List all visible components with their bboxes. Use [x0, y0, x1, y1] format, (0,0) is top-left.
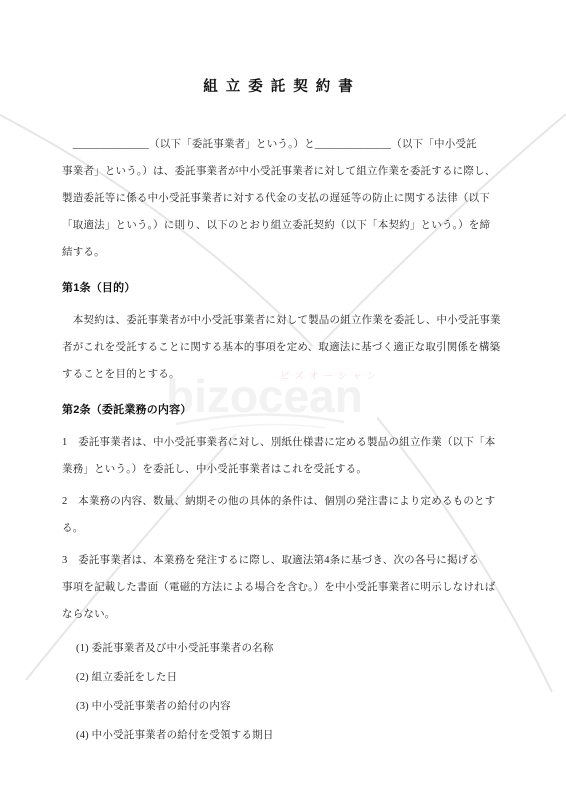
item-list: (1) 委託事業者及び中小受託事業者の名称(2) 組立委託をした日(3) 中小受… — [62, 634, 502, 750]
doc-line: 結する。 — [62, 239, 502, 266]
document-body: ______________（以下「委託事業者」という。）と__________… — [62, 131, 502, 750]
list-item-line: (3) 中小受託事業者の給付の内容 — [76, 692, 502, 721]
paragraph: 本契約は、委託事業者が中小受託事業者に対して製品の組立作業を委託し、中小受託事業… — [62, 307, 502, 388]
doc-line: ならない。 — [62, 601, 502, 628]
article-heading: 第2条（委託業務の内容） — [62, 397, 502, 424]
doc-line: することを目的とする。 — [62, 361, 502, 388]
doc-line: 3 委託事業者は、本業務を発注するに際し、取適法第4条に基づき、次の各号に掲げる — [62, 547, 502, 574]
doc-line: 事業者」という。）は、委託事業者が中小受託事業者に対して組立作業を委託するに際し… — [62, 158, 502, 185]
doc-line: 1 委託事業者は、中小受託事業者に対し、別紙仕様書に定める製品の組立作業（以下「… — [62, 429, 502, 456]
doc-line: 事項を記載した書面（電磁的方法による場合を含む。）を中小受託事業者に明示しなけれ… — [62, 574, 502, 601]
doc-line: 業務」という。）を委託し、中小受託事業者はこれを受託する。 — [62, 456, 502, 483]
paragraph: 2 本業務の内容、数量、納期その他の具体的条件は、個別の発注書により定めるものと… — [62, 488, 502, 542]
doc-line: 「取適法」という。）に則り、以下のとおり組立委託契約（以下「本契約」という。）を… — [62, 212, 502, 239]
paragraph: 1 委託事業者は、中小受託事業者に対し、別紙仕様書に定める製品の組立作業（以下「… — [62, 429, 502, 483]
document-content: 組立委託契約書 ______________（以下「委託事業者」という。）と__… — [0, 0, 566, 750]
document-page: ビズオーシャン bizocean 組立委託契約書 ______________（… — [0, 0, 566, 800]
article-heading: 第1条（目的） — [62, 275, 502, 302]
list-item-line: (1) 委託事業者及び中小受託事業者の名称 — [76, 634, 502, 663]
doc-line: 第1条（目的） — [62, 275, 502, 302]
list-item-line: (2) 組立委託をした日 — [76, 663, 502, 692]
doc-line: 製造委託等に係る中小受託事業者に対する代金の支払の遅延等の防止に関する法律（以下 — [62, 185, 502, 212]
doc-line: る。 — [62, 515, 502, 542]
doc-line: 第2条（委託業務の内容） — [62, 397, 502, 424]
paragraph: ______________（以下「委託事業者」という。）と__________… — [62, 131, 502, 266]
doc-line: 者がこれを受託することに関する基本的事項を定め、取適法に基づく適正な取引関係を構… — [62, 334, 502, 361]
paragraph: 3 委託事業者は、本業務を発注するに際し、取適法第4条に基づき、次の各号に掲げる… — [62, 547, 502, 628]
document-title: 組立委託契約書 — [62, 0, 502, 97]
doc-line: 本契約は、委託事業者が中小受託事業者に対して製品の組立作業を委託し、中小受託事業 — [62, 307, 502, 334]
doc-line: ______________（以下「委託事業者」という。）と__________… — [62, 131, 502, 158]
doc-line: 2 本業務の内容、数量、納期その他の具体的条件は、個別の発注書により定めるものと… — [62, 488, 502, 515]
list-item-line: (4) 中小受託事業者の給付を受領する期日 — [76, 721, 502, 750]
